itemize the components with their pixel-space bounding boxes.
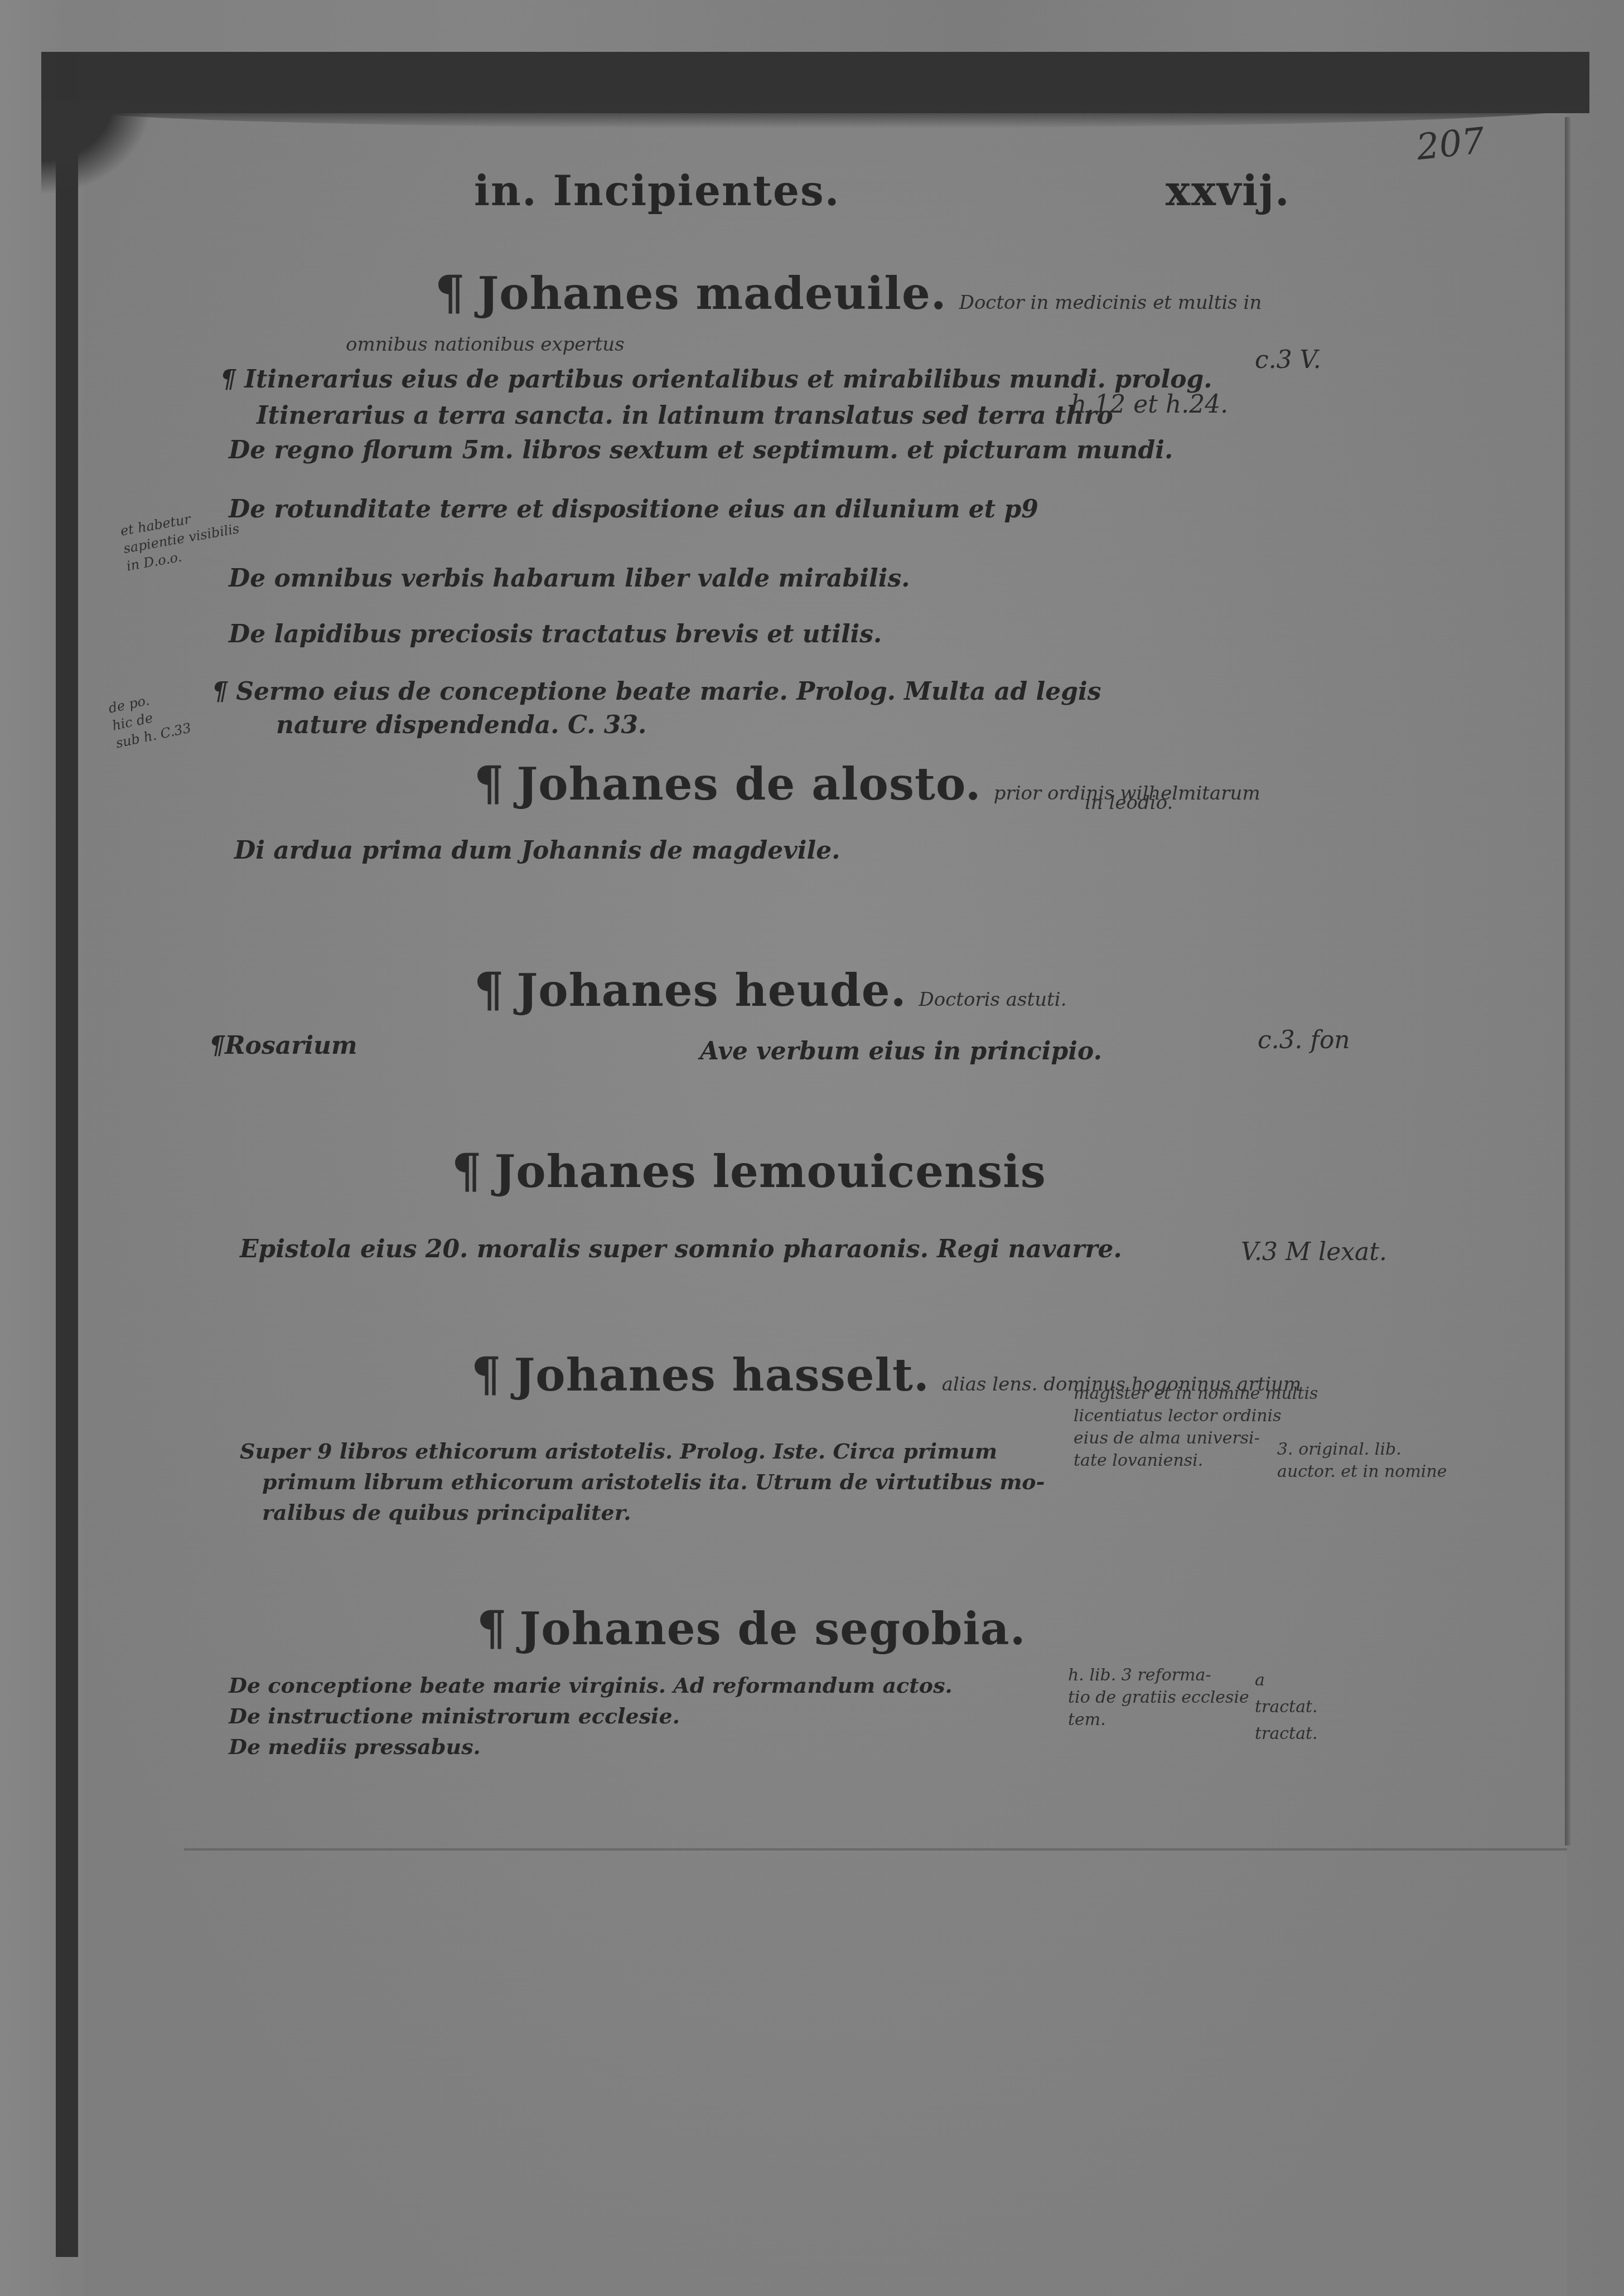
author-note: Doctor in medicinis et multis in [959,292,1262,314]
work-entry: ¶ Itinerarius eius de partibus orientali… [220,365,1212,394]
work-entry: Epistola eius 20. moralis super somnio p… [240,1235,1122,1263]
left-binding-bar [56,52,78,2257]
shelf-reference-block: a tractat. tractat. [1255,1667,1318,1747]
page-fold-line [184,1848,1567,1851]
work-entry: Di ardua prima dum Johannis de magdevile… [234,836,840,865]
work-entry: Ave verbum eius in principio. [700,1037,1102,1065]
work-entry-continued: primum librum ethicorum aristotelis ita.… [262,1469,1045,1494]
shelf-reference: V.3 M lexat. [1241,1238,1387,1266]
author-name: Johanes heude. [516,964,906,1016]
work-entry: ¶ Sermo eius de conceptione beate marie.… [212,677,1101,706]
folio-number: 207 [1414,120,1486,168]
pilcrow-icon: ¶ [435,265,465,320]
right-page-edge [1565,117,1570,1845]
author-name: Johanes de segobia. [519,1602,1026,1655]
pilcrow-icon: ¶ [474,755,504,811]
pilcrow-icon: ¶ [212,677,236,706]
shelf-reference: c.3 V. [1255,346,1321,374]
running-head: in. Incipientes. [474,167,840,215]
pilcrow-icon: ¶ [209,1031,225,1060]
work-entry: De regno florum 5m. libros sextum et sep… [229,436,1173,464]
author-heading-lemouicensis: ¶ Johanes lemouicensis [452,1143,1046,1198]
author-note: Doctoris astuti. [919,989,1067,1011]
author-name: Johanes hasselt. [514,1349,929,1401]
work-entry: De conceptione beate marie virginis. Ad … [229,1673,953,1698]
author-heading-madeuile: ¶ Johanes madeuile. Doctor in medicinis … [435,265,1261,320]
left-bar-corner [41,100,153,195]
gathering-number: xxvij. [1166,167,1290,215]
pilcrow-icon: ¶ [471,1346,501,1402]
pilcrow-icon: ¶ [220,365,244,394]
author-heading-segobia: ¶ Johanes de segobia. [477,1600,1026,1655]
pilcrow-icon: ¶ [477,1600,507,1655]
work-entry-continued: ralibus de quibus principaliter. [262,1500,631,1525]
work-entry-continued: nature dispendenda. C. 33. [276,711,646,739]
work-entry: Itinerarius a terra sancta. in latinum t… [257,401,1113,430]
author-name: Johanes madeuile. [477,267,946,319]
pilcrow-icon: ¶ [474,962,504,1017]
work-label: ¶Rosarium [209,1031,357,1060]
work-entry: De rotunditate terre et dispositione eiu… [229,495,1038,524]
work-entry: De mediis pressabus. [229,1734,481,1759]
author-name: Johanes de alosto. [516,758,981,810]
work-entry: Super 9 libros ethicorum aristotelis. Pr… [240,1438,997,1464]
author-note-continued: omnibus nationibus expertus [346,333,625,356]
work-entry: De lapidibus preciosis tractatus brevis … [229,620,882,648]
shelf-reference-block: 3. original. lib. auctor. et in nomine [1277,1438,1447,1483]
shelf-reference: h.12 et h.24. [1071,390,1228,419]
work-entry: De instructione ministrorum ecclesie. [229,1703,680,1728]
work-entry: De omnibus verbis habarum liber valde mi… [229,564,910,593]
author-name: Johanes lemouicensis [494,1145,1046,1198]
pilcrow-icon: ¶ [452,1143,482,1198]
author-heading-heude: ¶ Johanes heude. Doctoris astuti. [474,962,1066,1017]
side-note-block: h. lib. 3 reforma- tio de gratiis eccles… [1068,1664,1249,1731]
top-dark-band [41,52,1589,113]
author-note-continued: in leodio. [1085,792,1173,814]
shelf-reference: c.3. fon [1258,1026,1350,1054]
